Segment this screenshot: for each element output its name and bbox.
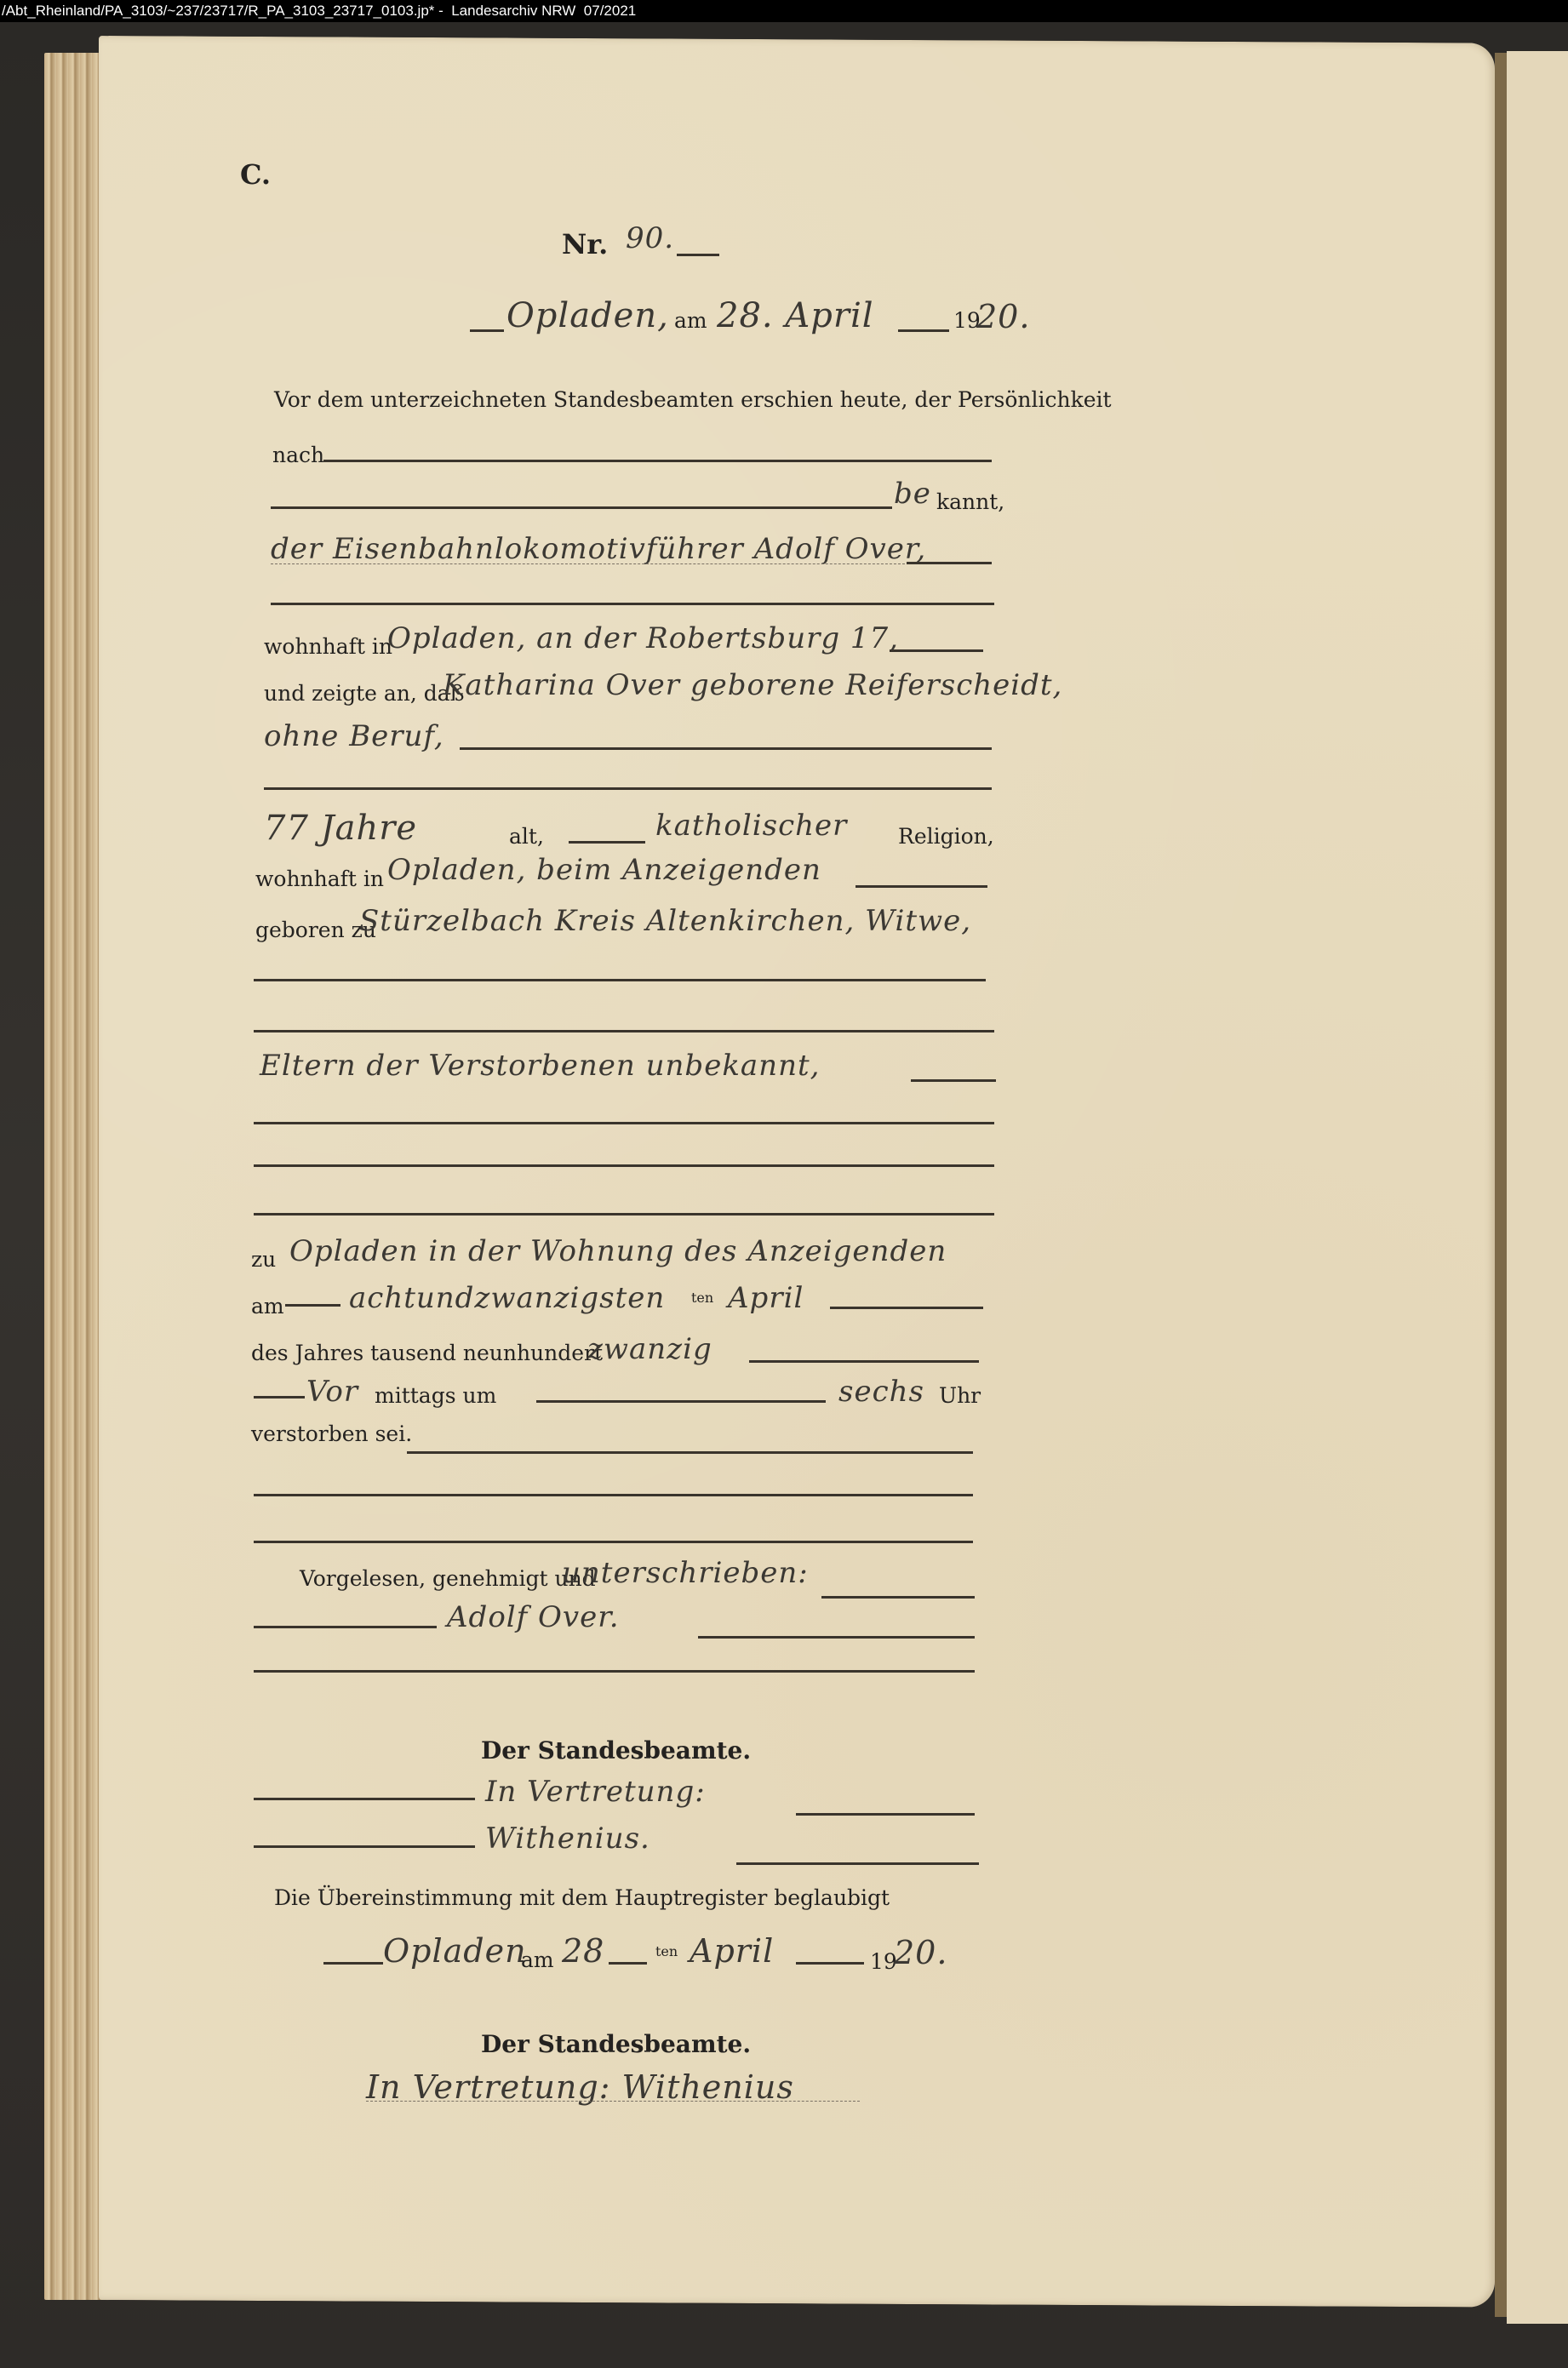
- rule: [254, 1541, 973, 1543]
- rule: [254, 1164, 994, 1167]
- rule: [569, 841, 645, 844]
- declarant-signature: Adolf Over.: [447, 1600, 620, 1634]
- death-month-value: April: [728, 1281, 804, 1315]
- rule: [271, 506, 892, 509]
- rule: [254, 1670, 975, 1673]
- declarant: der Eisenbahnlokomotivführer Adolf Over,: [271, 532, 926, 566]
- registrar-signature: Withenius.: [485, 1822, 650, 1856]
- rule: [609, 1962, 647, 1965]
- intro-text: Vor dem unterzeichneten Standesbeamten e…: [274, 387, 1112, 412]
- rule: [264, 787, 992, 790]
- record-place: Opladen,: [506, 296, 669, 335]
- death-place-value: Opladen in der Wohnung des Anzeigenden: [289, 1234, 947, 1268]
- rule: [285, 1304, 340, 1307]
- registrar-deputy: In Vertretung:: [485, 1775, 706, 1809]
- year-suffix: 20.: [976, 298, 1030, 335]
- rule: [911, 1079, 996, 1082]
- time-prefix-value: Vor: [306, 1375, 358, 1409]
- rule: [698, 1636, 975, 1639]
- death-year-label: des Jahres tausend neunhundert: [251, 1341, 603, 1365]
- deceased-residence-value: Opladen, beim Anzeigenden: [387, 853, 821, 887]
- rule: [254, 1845, 475, 1848]
- rule: [254, 1030, 994, 1032]
- death-day-suffix: ten: [691, 1290, 713, 1306]
- read-label: Vorgelesen, genehmigt und: [300, 1566, 596, 1591]
- religion-value: katholischer: [655, 809, 847, 843]
- time-label: mittags um: [375, 1383, 496, 1408]
- rule: [796, 1962, 864, 1965]
- born-label: geboren zu: [255, 918, 376, 942]
- rule: [254, 1122, 994, 1124]
- certification-text: Die Übereinstimmung mit dem Hauptregiste…: [274, 1885, 890, 1910]
- dotted-baseline: [271, 563, 905, 564]
- rule: [470, 329, 504, 332]
- rule: [407, 1451, 973, 1454]
- deceased-residence-label: wohnhaft in: [255, 867, 384, 891]
- rule: [323, 460, 992, 462]
- residence-value: Opladen, an der Robertsburg 17,: [387, 621, 899, 655]
- rule: [254, 1213, 994, 1215]
- rule: [821, 1596, 975, 1599]
- record-number-value: 90.: [626, 221, 674, 255]
- rule: [254, 1396, 305, 1398]
- born-value: Stürzelbach Kreis Altenkirchen, Witwe,: [359, 904, 971, 938]
- rule: [254, 1494, 973, 1496]
- registrar-heading: Der Standesbeamte.: [481, 1736, 751, 1765]
- rule: [323, 1962, 383, 1965]
- cert-heading: Der Standesbeamte.: [481, 2030, 751, 2058]
- reported-label: und zeigte an, daß: [264, 681, 464, 706]
- known-prefix: be: [894, 477, 931, 511]
- rule: [749, 1360, 979, 1363]
- death-day-value: achtundzwanzigsten: [349, 1281, 665, 1315]
- window-title: /Abt_Rheinland/PA_3103/~237/23717/R_PA_3…: [0, 0, 1568, 22]
- age-value: 77 Jahre: [264, 809, 417, 848]
- rule: [677, 254, 719, 256]
- death-record-form: C. Nr. 90. Opladen, am 28. April 19 20. …: [0, 0, 1568, 2368]
- cert-connector: am: [521, 1948, 554, 1972]
- cert-place: Opladen: [383, 1932, 527, 1970]
- cert-day: 28: [562, 1932, 604, 1970]
- rule: [907, 562, 992, 564]
- record-date: 28. April: [717, 296, 874, 335]
- religion-label: Religion,: [898, 824, 994, 849]
- death-day-label: am: [251, 1294, 284, 1318]
- section-letter: C.: [240, 158, 271, 191]
- rule: [254, 1798, 475, 1800]
- rule: [830, 1307, 983, 1309]
- rule: [736, 1862, 979, 1865]
- rule: [460, 747, 992, 750]
- death-year-value: zwanzig: [587, 1332, 712, 1366]
- parents-text: Eltern der Verstorbenen unbekannt,: [260, 1049, 820, 1083]
- cert-month: April: [690, 1932, 774, 1970]
- rule: [536, 1400, 826, 1403]
- died-label: verstorben sei.: [251, 1421, 412, 1446]
- residence-label: wohnhaft in: [264, 634, 392, 659]
- age-label: alt,: [509, 824, 544, 849]
- rule: [898, 329, 949, 332]
- read-value: unterschrieben:: [562, 1556, 809, 1590]
- record-number-label: Nr.: [562, 228, 608, 260]
- rule: [856, 885, 987, 888]
- rule: [890, 649, 983, 652]
- deceased-name: Katharina Over geborene Reiferscheidt,: [443, 668, 1062, 702]
- known-label: kannt,: [936, 489, 1004, 514]
- death-place-label: zu: [251, 1247, 276, 1272]
- date-connector: am: [674, 308, 707, 333]
- rule: [254, 1626, 437, 1628]
- rule: [796, 1813, 975, 1816]
- cert-year-suffix: 20.: [894, 1934, 947, 1971]
- dotted-baseline: [366, 2101, 860, 2102]
- cert-day-suffix: ten: [655, 1943, 678, 1959]
- nach-label: nach: [272, 443, 324, 467]
- rule: [271, 603, 994, 605]
- rule: [254, 979, 986, 981]
- deceased-occupation: ohne Beruf,: [264, 719, 444, 753]
- time-value: sechs: [838, 1375, 924, 1409]
- time-unit: Uhr: [939, 1383, 981, 1408]
